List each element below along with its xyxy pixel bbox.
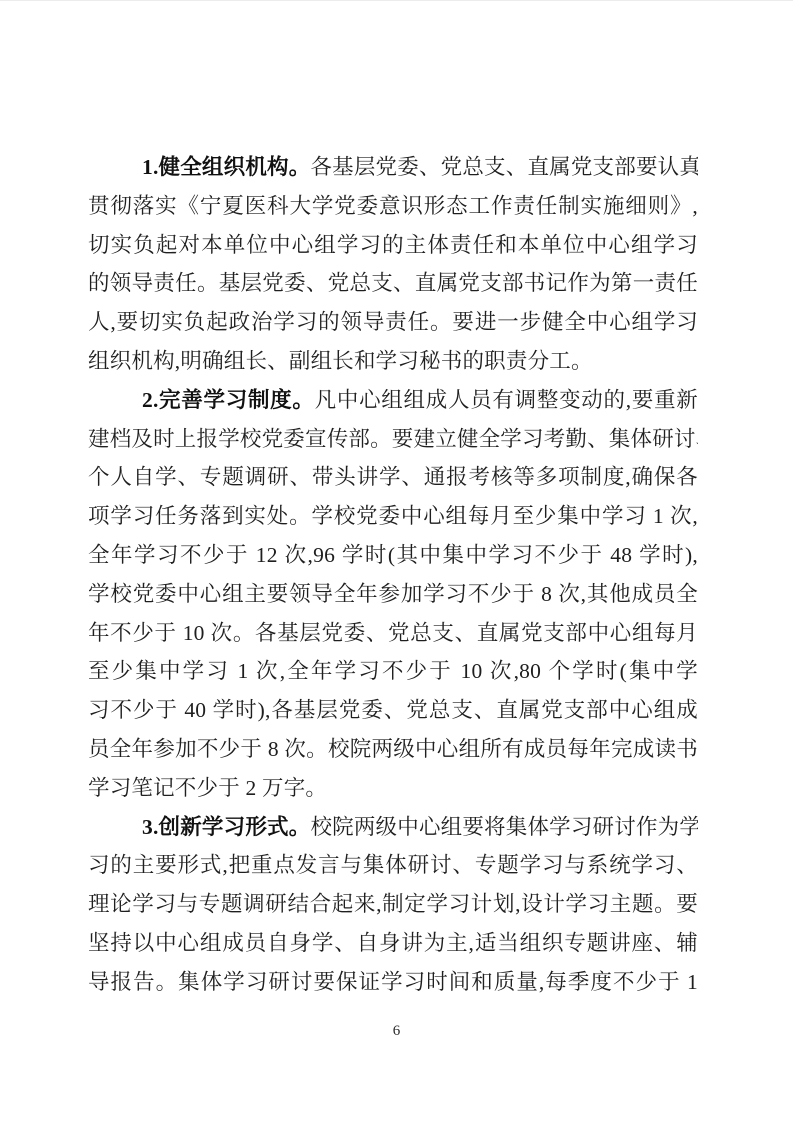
text-line: 习不少于 40 学时),各基层党委、党总支、直属党支部中心组成 [88,691,698,730]
paragraph: 1.健全组织机构。各基层党委、党总支、直属党支部要认真贯彻落实《宁夏医科大学党委… [88,148,698,381]
text-line: 项学习任务落到实处。学校党委中心组每月至少集中学习 1 次, [88,497,698,536]
text-line: 切实负起对本单位中心组学习的主体责任和本单位中心组学习 [88,226,698,265]
paragraph-first-line-text: 校院两级中心组要将集体学习研讨作为学 [310,815,698,839]
page-number-footer: 6 [0,1023,793,1040]
paragraph: 2.完善学习制度。凡中心组组成人员有调整变动的,要重新建档及时上报学校党委宣传部… [88,381,698,808]
paragraph-heading: 2.完善学习制度。 [142,388,315,412]
text-line: 人,要切实负起政治学习的领导责任。要进一步健全中心组学习 [88,303,698,342]
document-content: 1.健全组织机构。各基层党委、党总支、直属党支部要认真贯彻落实《宁夏医科大学党委… [88,148,698,1002]
text-line: 3.创新学习形式。校院两级中心组要将集体学习研讨作为学 [88,808,698,847]
text-line: 贯彻落实《宁夏医科大学党委意识形态工作责任制实施细则》, [88,187,698,226]
text-line: 至少集中学习 1 次,全年学习不少于 10 次,80 个学时(集中学 [88,652,698,691]
text-line: 个人自学、专题调研、带头讲学、通报考核等多项制度,确保各 [88,458,698,497]
text-line: 年不少于 10 次。各基层党委、党总支、直属党支部中心组每月 [88,614,698,653]
text-line: 习的主要形式,把重点发言与集体研讨、专题学习与系统学习、 [88,846,698,885]
text-line: 坚持以中心组成员自身学、自身讲为主,适当组织专题讲座、辅 [88,924,698,963]
paragraph: 3.创新学习形式。校院两级中心组要将集体学习研讨作为学习的主要形式,把重点发言与… [88,808,698,1002]
document-page: 1.健全组织机构。各基层党委、党总支、直属党支部要认真贯彻落实《宁夏医科大学党委… [0,0,793,1123]
text-line: 员全年参加不少于 8 次。校院两级中心组所有成员每年完成读书 [88,730,698,769]
text-line: 的领导责任。基层党委、党总支、直属党支部书记作为第一责任 [88,264,698,303]
text-line: 理论学习与专题调研结合起来,制定学习计划,设计学习主题。要 [88,885,698,924]
text-line: 2.完善学习制度。凡中心组组成人员有调整变动的,要重新 [88,381,698,420]
paragraph-heading: 1.健全组织机构。 [142,155,310,179]
text-line: 建档及时上报学校党委宣传部。要建立健全学习考勤、集体研讨、 [88,420,698,459]
text-line: 1.健全组织机构。各基层党委、党总支、直属党支部要认真 [88,148,698,187]
text-line: 学校党委中心组主要领导全年参加学习不少于 8 次,其他成员全 [88,575,698,614]
text-line: 全年学习不少于 12 次,96 学时(其中集中学习不少于 48 学时), [88,536,698,575]
paragraph-heading: 3.创新学习形式。 [142,815,310,839]
text-line: 学习笔记不少于 2 万字。 [88,769,698,808]
paragraph-first-line-text: 各基层党委、党总支、直属党支部要认真 [310,155,698,179]
paragraph-first-line-text: 凡中心组组成人员有调整变动的,要重新 [315,388,698,412]
text-line: 组织机构,明确组长、副组长和学习秘书的职责分工。 [88,342,698,381]
text-line: 导报告。集体学习研讨要保证学习时间和质量,每季度不少于 1 [88,963,698,1002]
